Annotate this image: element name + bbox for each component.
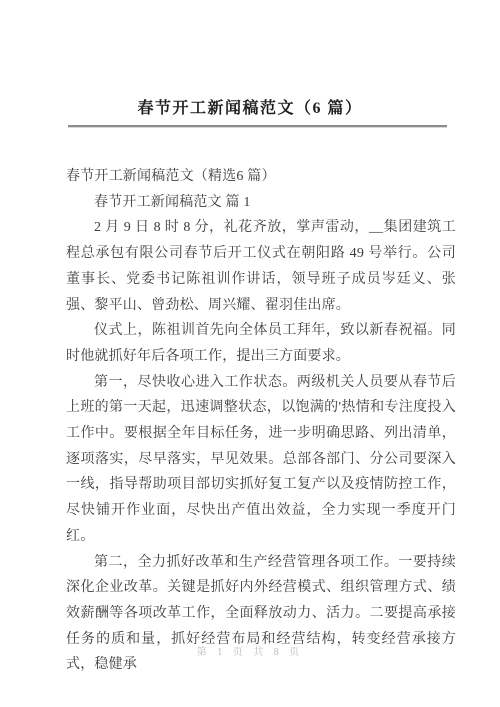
paragraph-intro: 春节开工新闻稿范文（精选6 篇） [66,164,456,190]
title-divider [68,125,447,127]
document-body: 春节开工新闻稿范文（精选6 篇） 春节开工新闻稿范文 篇 1 2 月 9 日 8… [66,164,456,678]
paragraph: 仪式上，陈祖训首先向全体员工拜年，致以新春祝福。同时他就抓好年后各项工作，提出三… [66,318,456,369]
page-title: 春节开工新闻稿范文（6 篇） [0,0,500,118]
document-page: 春节开工新闻稿范文（6 篇） 春节开工新闻稿范文（精选6 篇） 春节开工新闻稿范… [0,0,500,707]
paragraph: 第一，尽快收心进入工作状态。两级机关人员要从春节后上班的第一天起，迅速调整状态，… [66,370,456,550]
paragraph: 2 月 9 日 8 时 8 分，礼花齐放，掌声雷动，__集团建筑工程总承包有限公… [66,215,456,318]
page-number: 第 1 页 共 8 页 [0,643,500,658]
paragraph-subtitle: 春节开工新闻稿范文 篇 1 [66,190,456,216]
paragraph: 第二，全力抓好改革和生产经营管理各项工作。一要持续深化企业改革。关键是抓好内外经… [66,550,456,679]
